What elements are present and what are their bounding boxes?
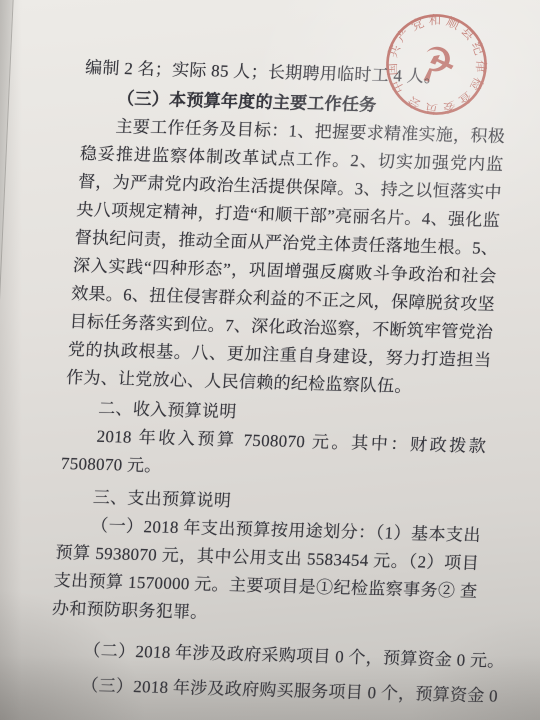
document-text-block: 编制 2 名；实际 85 人；长期聘用临时工 4 人。 （三）本预算年度的主要工…: [47, 54, 510, 710]
paragraph-income-budget: 2018 年收入预算 7508070 元。其中：财政拨款 7508070 元。: [60, 422, 487, 489]
paragraph-main-tasks: 主要工作任务及目标：1、把握要求精准实施，积极稳妥推进监察体制改革试点工作。2、…: [65, 112, 506, 403]
paragraph-expenditure-budget: （一）2018 年支出预算按用途划分：（1）基本支出预算 5938070 元，其…: [51, 511, 481, 634]
paragraph-gov-purchased-services: （三）2018 年涉及政府购买服务项目 0 个，预算资金 0: [47, 671, 472, 710]
hammer-sickle-icon: ☭: [411, 35, 462, 95]
underlying-page-edge: [0, 0, 14, 302]
paragraph-gov-procurement: （二）2018 年涉及政府采购项目 0 个，预算资金 0 元。: [49, 636, 474, 675]
